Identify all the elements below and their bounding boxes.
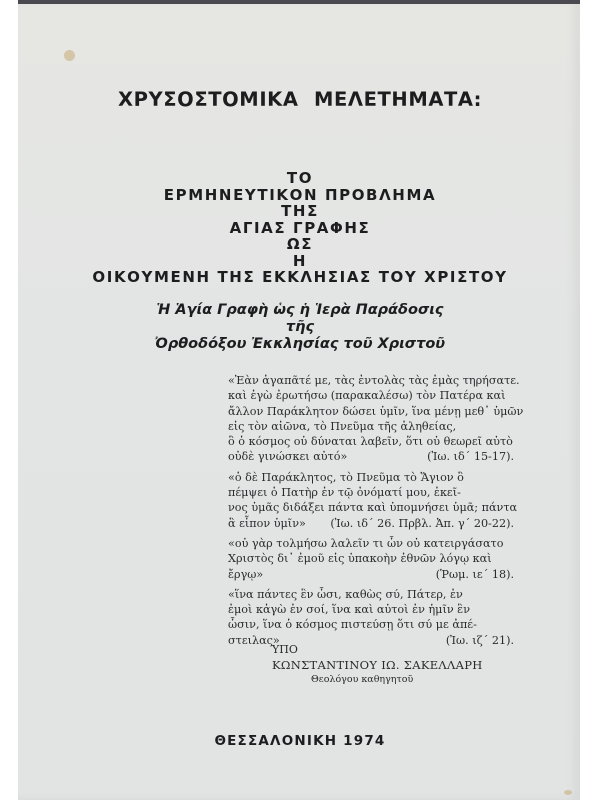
series-title: ΧΡΥΣΟΣΤΟΜΙΚΑ ΜΕΛΕΤΗΜΑΤΑ: bbox=[0, 88, 600, 111]
quote-john-17-21: «ἵνα πάντες ἓν ὦσι, καθὼς σύ, Πάτερ, ἐν … bbox=[228, 587, 518, 648]
quote-line: ὦσιν, ἵνα ὁ κόσμος πιστεύσῃ ὅτι σύ με ἀπ… bbox=[228, 617, 518, 632]
author-by: ΥΠΟ bbox=[272, 643, 298, 656]
title-line: ΩΣ bbox=[0, 236, 600, 253]
place-and-year: ΘΕΣΣΑΛΟΝΙΚΗ 1974 bbox=[0, 733, 600, 749]
title-line: Η bbox=[0, 253, 600, 270]
quote-john-14-26: «ὁ δὲ Παράκλητος, τὸ Πνεῦμα τὸ Ἅγιον ὃ π… bbox=[228, 470, 518, 531]
quote-line: «ἵνα πάντες ἓν ὦσι, καθὼς σύ, Πάτερ, ἐν bbox=[228, 587, 518, 602]
quote-line: ἄλλον Παράκλητον δώσει ὑμῖν, ἵνα μένῃ με… bbox=[228, 404, 518, 419]
quote-line: νος ὑμᾶς διδάξει πάντα καὶ ὑπομνήσει ὑμᾶ… bbox=[228, 500, 518, 515]
subtitle-line: Ἡ Ἁγία Γραφὴ ὡς ἡ Ἱερὰ Παράδοσις bbox=[0, 302, 600, 319]
quote-line: καὶ ἐγὼ ἐρωτήσω (παρακαλέσω) τὸν Πατέρα … bbox=[228, 388, 518, 403]
author-role: Θεολόγου καθηγητοῦ bbox=[311, 674, 413, 685]
subtitle: Ἡ Ἁγία Γραφὴ ὡς ἡ Ἱερὰ Παράδοσις τῆς Ὀρθ… bbox=[0, 302, 600, 353]
quote-romans-15-18: «οὐ γὰρ τολμήσω λαλεῖν τι ὧν οὐ κατειργά… bbox=[228, 536, 518, 582]
quote-line: ἐμοὶ κἀγὼ ἐν σοί, ἵνα καὶ αὐτοὶ ἐν ἡμῖν … bbox=[228, 602, 518, 617]
quote-john-14-15: «Ἐὰν ἀγαπᾶτέ με, τὰς ἐντολὰς τὰς ἐμὰς τη… bbox=[228, 373, 518, 465]
quote-line: «ὁ δὲ Παράκλητος, τὸ Πνεῦμα τὸ Ἅγιον ὃ bbox=[228, 470, 518, 485]
paper-stain bbox=[64, 50, 75, 61]
paper-stain bbox=[564, 790, 572, 795]
title-line: ΑΓΙΑΣ ΓΡΑΦΗΣ bbox=[0, 220, 600, 237]
quote-line: ὃ ὁ κόσμος οὐ δύναται λαβεῖν, ὅτι οὐ θεω… bbox=[228, 434, 518, 449]
subtitle-line: τῆς bbox=[0, 319, 600, 336]
author-name: ΚΩΝΣΤΑΝΤΙΝΟΥ ΙΩ. ΣΑΚΕΛΛΑΡΗ bbox=[272, 658, 483, 672]
quote-line: «Ἐὰν ἀγαπᾶτέ με, τὰς ἐντολὰς τὰς ἐμὰς τη… bbox=[228, 373, 518, 388]
book-title: ΤΟ ΕΡΜΗΝΕΥΤΙΚΟΝ ΠΡΟΒΛΗΜΑ ΤΗΣ ΑΓΙΑΣ ΓΡΑΦΗ… bbox=[0, 170, 600, 286]
quote-line: Χριστὸς δι᾿ ἐμοῦ εἰς ὑπακοὴν ἐθνῶν λόγῳ … bbox=[228, 551, 518, 566]
title-line: ΟΙΚΟΥΜΕΝΗ ΤΗΣ ΕΚΚΛΗΣΙΑΣ ΤΟΥ ΧΡΙΣΤΟΥ bbox=[0, 269, 600, 286]
quote-line: εἰς τὸν αἰῶνα, τὸ Πνεῦμα τῆς ἀληθείας, bbox=[228, 419, 518, 434]
quote-line: «οὐ γὰρ τολμήσω λαλεῖν τι ὧν οὐ κατειργά… bbox=[228, 536, 518, 551]
title-line: ΕΡΜΗΝΕΥΤΙΚΟΝ ΠΡΟΒΛΗΜΑ bbox=[0, 187, 600, 204]
subtitle-line: Ὀρθοδόξου Ἐκκλησίας τοῦ Χριστοῦ bbox=[0, 336, 600, 353]
epigraph-quotes: «Ἐὰν ἀγαπᾶτέ με, τὰς ἐντολὰς τὰς ἐμὰς τη… bbox=[228, 373, 518, 653]
quote-reference: (Ῥωμ. ιε΄ 18). bbox=[228, 567, 518, 582]
title-line: ΤΗΣ bbox=[0, 203, 600, 220]
quote-line: πέμψει ὁ Πατὴρ ἐν τῷ ὀνόματί μου, ἐκεῖ- bbox=[228, 485, 518, 500]
title-line: ΤΟ bbox=[0, 170, 600, 187]
